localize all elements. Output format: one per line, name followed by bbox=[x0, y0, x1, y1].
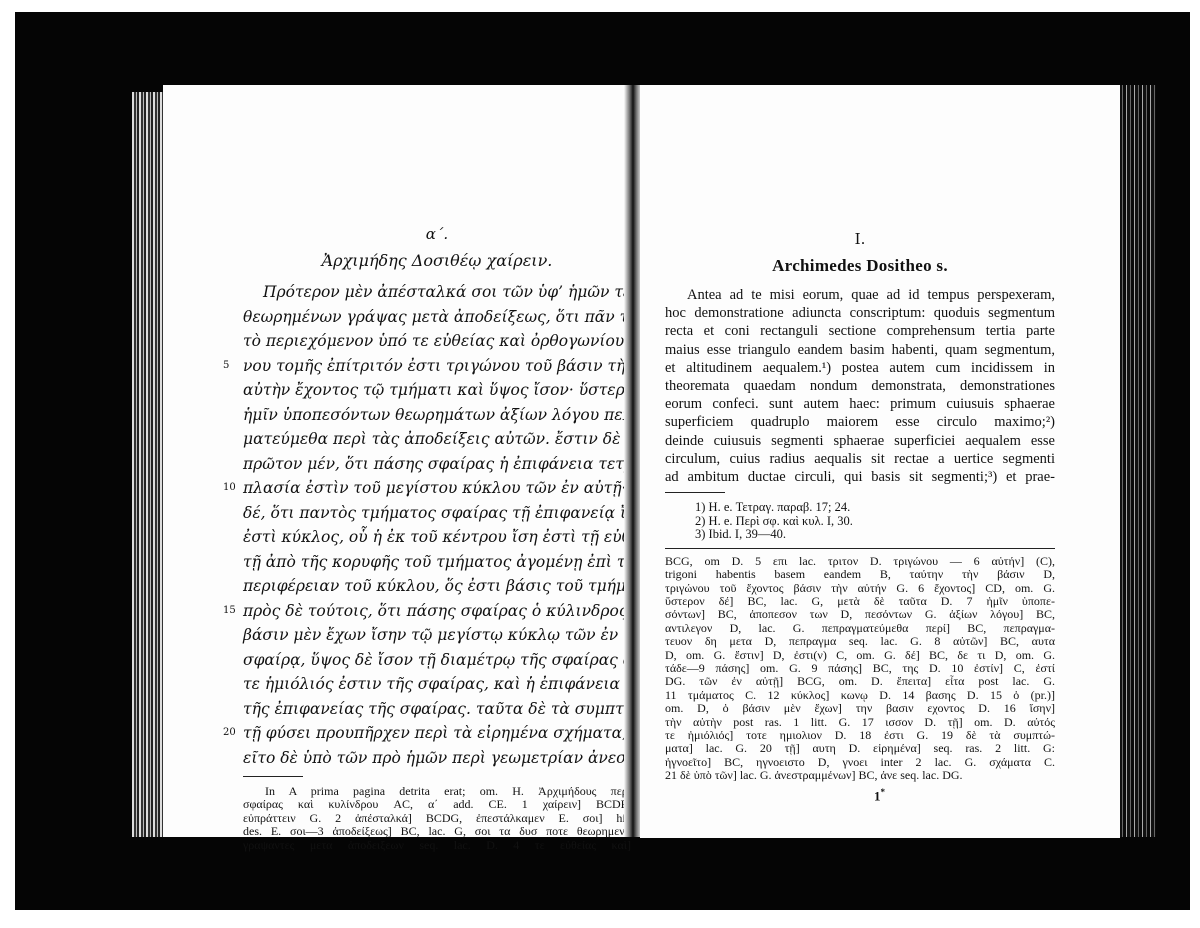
line-text: εῖτο δὲ ὑπὸ τῶν πρὸ ἡμῶν περὶ γεωμετρίαν… bbox=[243, 749, 670, 767]
apparatus-line: ματα] lac. G. 20 τῇ] αυτη D. εἰρημένα] s… bbox=[665, 742, 1055, 755]
apparatus-line: ὕστερον δέ] BC, lac. G, μετὰ δὲ ταῦτα D.… bbox=[665, 595, 1055, 608]
text-line: εῖτο δὲ ὑπὸ τῶν πρὸ ἡμῶν περὶ γεωμετρίαν… bbox=[243, 746, 631, 771]
right-page-edge bbox=[1118, 85, 1156, 837]
apparatus-rule bbox=[665, 548, 1055, 549]
line-text: ἡμῖν ὑποπεσόντων θεωρημάτων ἀξίων λόγου … bbox=[243, 406, 667, 424]
apparatus-line: εὐπράττειν G. 2 ἀπέσταλκά] BCDG, ἐπεστάλ… bbox=[243, 812, 631, 825]
critical-apparatus: In A prima pagina detrita erat; om. H. Ἀ… bbox=[243, 785, 631, 852]
line-text: δέ, ὅτι παντὸς τμήματος σφαίρας τῇ ἐπιφα… bbox=[243, 504, 655, 522]
greek-body: Πρότερον μὲν ἀπέσταλκά σοι τῶν ὑφ’ ἡμῶν … bbox=[243, 280, 631, 770]
apparatus-line: ἠγνοεῖτο] BC, ηγνοειστο D, γνοει inter 2… bbox=[665, 756, 1055, 769]
text-line: eorum confeci. sunt autem haec: primum c… bbox=[665, 395, 1055, 413]
text-line: superficiem quadruplo maiorem esse circu… bbox=[665, 413, 1055, 431]
left-page: α΄. Ἀρχιμήδης Δοσιθέῳ χαίρειν. Πρότερον … bbox=[163, 85, 628, 837]
line-text: βάσιν μὲν ἔχων ἴσην τῷ μεγίστῳ κύκλῳ τῶν… bbox=[243, 626, 641, 644]
apparatus-line: om. D, ὁ βάσιν μὲν ἔχων] την βασιν εχοντ… bbox=[665, 702, 1055, 715]
text-line: τε ἡμιόλιός ἐστιν τῆς σφαίρας, καὶ ἡ ἐπι… bbox=[243, 672, 631, 697]
line-text: Πρότερον μὲν ἀπέσταλκά σοι τῶν ὑφ’ ἡμῶν … bbox=[263, 283, 636, 301]
footnote: 1) H. e. Τετραγ. παραβ. 17; 24. bbox=[695, 501, 1055, 515]
line-text: τῆς ἐπιφανείας τῆς σφαίρας. ταῦτα δὲ τὰ … bbox=[243, 700, 676, 718]
line-text: ματεύμεθα περὶ τὰς ἀποδείξεις αὐτῶν. ἔστ… bbox=[243, 430, 667, 448]
text-line: hoc demonstratione adiuncta conscriptum:… bbox=[665, 304, 1055, 322]
footnotes: 1) H. e. Τετραγ. παραβ. 17; 24.2) H. e. … bbox=[665, 501, 1055, 542]
apparatus-line: trigoni habentis basem eandem B, ταύτην … bbox=[665, 568, 1055, 581]
text-line: δέ, ὅτι παντὸς τμήματος σφαίρας τῇ ἐπιφα… bbox=[243, 501, 631, 526]
line-text: τῇ ἀπὸ τῆς κορυφῆς τοῦ τμήματος ἀγομένῃ … bbox=[243, 553, 644, 571]
text-line: Antea ad te misi eorum, quae ad id tempu… bbox=[665, 286, 1055, 304]
line-text: ἐστὶ κύκλος, οὗ ἡ ἐκ τοῦ κέντρου ἴση ἐστ… bbox=[243, 528, 656, 546]
apparatus-line: τευον δη μετα D, πεπραγμα seq. lac. G. 8… bbox=[665, 635, 1055, 648]
text-line: βάσιν μὲν ἔχων ἴσην τῷ μεγίστῳ κύκλῳ τῶν… bbox=[243, 623, 631, 648]
line-text: πλασία ἐστὶν τοῦ μεγίστου κύκλου τῶν ἐν … bbox=[243, 479, 683, 497]
right-page: I. Archimedes Dositheo s. Antea ad te mi… bbox=[640, 85, 1120, 838]
latin-body: Antea ad te misi eorum, quae ad id tempu… bbox=[665, 286, 1055, 486]
apparatus-line: In A prima pagina detrita erat; om. H. Ἀ… bbox=[243, 785, 631, 798]
apparatus-line: DG. τῶν ἐν αὐτῇ] BCG, om. D. ἔπειτα] εἶτ… bbox=[665, 675, 1055, 688]
text-line: τῆς ἐπιφανείας τῆς σφαίρας. ταῦτα δὲ τὰ … bbox=[243, 697, 631, 722]
line-text: αὐτὴν ἔχοντος τῷ τμήματι καὶ ὕψος ἴσον· … bbox=[243, 381, 666, 399]
latin-text-block: I. Archimedes Dositheo s. Antea ad te mi… bbox=[665, 230, 1055, 804]
text-line: ἡμῖν ὑποπεσόντων θεωρημάτων ἀξίων λόγου … bbox=[243, 403, 631, 428]
text-line: σφαίρᾳ, ὕψος δὲ ἴσον τῇ διαμέτρῳ τῆς σφα… bbox=[243, 648, 631, 673]
line-text: θεωρημένων γράψας μετὰ ἀποδείξεως, ὅτι π… bbox=[243, 308, 668, 326]
apparatus-line: D, om. G. ἔστιν] D, ἐστι(ν) C, om. G. δέ… bbox=[665, 649, 1055, 662]
apparatus-line: 11 τμάματος C. 12 κύκλος] κωνῳ D. 14 βασ… bbox=[665, 689, 1055, 702]
line-number: 5 bbox=[223, 354, 229, 379]
letter-heading: Ἀρχιμήδης Δοσιθέῳ χαίρειν. bbox=[243, 251, 631, 270]
footnote-rule bbox=[243, 776, 303, 777]
apparatus-line: 21 δὲ ὑπὸ τῶν] lac. G. ἀνεστραμμένων] BC… bbox=[665, 769, 1055, 782]
apparatus-line: τε ἡμιόλιός] τοτε ημιολιον D. 18 ἐστι G.… bbox=[665, 729, 1055, 742]
text-line: recta et coni rectanguli sectione compre… bbox=[665, 322, 1055, 340]
text-line: ἐστὶ κύκλος, οὗ ἡ ἐκ τοῦ κέντρου ἴση ἐστ… bbox=[243, 525, 631, 550]
text-line: αὐτὴν ἔχοντος τῷ τμήματι καὶ ὕψος ἴσον· … bbox=[243, 378, 631, 403]
line-text: πρὸς δὲ τούτοις, ὅτι πάσης σφαίρας ὁ κύλ… bbox=[243, 602, 642, 620]
text-line: θεωρημένων γράψας μετὰ ἀποδείξεως, ὅτι π… bbox=[243, 305, 631, 330]
apparatus-line: τὴν αὐτὴν post ras. 1 litt. G. 17 ισσον … bbox=[665, 716, 1055, 729]
text-line: et altitudinem aequalem.¹) postea autem … bbox=[665, 359, 1055, 377]
greek-text-block: α΄. Ἀρχιμήδης Δοσιθέῳ χαίρειν. Πρότερον … bbox=[243, 225, 631, 852]
apparatus-line: γραψαντες μετα ἀποδειξεων seq. lac. D. 4… bbox=[243, 839, 631, 852]
text-line: deinde cuiusuis segmenti sphaerae superf… bbox=[665, 432, 1055, 450]
apparatus-line: αντιλεγον D, lac. G. πεπραγματεύμεθα περ… bbox=[665, 622, 1055, 635]
apparatus-line: τριγώνου τοῦ ἔχοντος βάσιν τὴν αὐτήν G. … bbox=[665, 582, 1055, 595]
text-line: τῇ ἀπὸ τῆς κορυφῆς τοῦ τμήματος ἀγομένῃ … bbox=[243, 550, 631, 575]
text-line: ματεύμεθα περὶ τὰς ἀποδείξεις αὐτῶν. ἔστ… bbox=[243, 427, 631, 452]
letter-heading: Archimedes Dositheo s. bbox=[665, 256, 1055, 276]
text-line: Πρότερον μὲν ἀπέσταλκά σοι τῶν ὑφ’ ἡμῶν … bbox=[243, 280, 631, 305]
line-number: 15 bbox=[223, 599, 236, 624]
apparatus-line: σόντων] BC, ἀποπεσον των D, πεσόντων G. … bbox=[665, 608, 1055, 621]
section-number: I. bbox=[665, 230, 1055, 248]
line-text: τε ἡμιόλιός ἐστιν τῆς σφαίρας, καὶ ἡ ἐπι… bbox=[243, 675, 672, 693]
text-line: circulum, cuius radius aequalis sit rect… bbox=[665, 450, 1055, 468]
line-text: νου τομῆς ἐπίτριτόν ἐστι τριγώνου τοῦ βά… bbox=[243, 357, 635, 375]
text-line: ad ambitum ductae circuli, qui basis sit… bbox=[665, 468, 1055, 486]
line-number: 20 bbox=[223, 721, 236, 746]
section-number: α΄. bbox=[243, 225, 631, 243]
text-line: 15πρὸς δὲ τούτοις, ὅτι πάσης σφαίρας ὁ κ… bbox=[243, 599, 631, 624]
signature-mark: 1* bbox=[665, 787, 1055, 804]
critical-apparatus: BCG, om D. 5 επι lac. τριτον D. τριγώνου… bbox=[665, 555, 1055, 783]
line-text: πρῶτον μέν, ὅτι πάσης σφαίρας ἡ ἐπιφάνει… bbox=[243, 455, 649, 473]
footnote: 2) H. e. Περὶ σφ. καὶ κυλ. I, 30. bbox=[695, 515, 1055, 529]
apparatus-line: τάδε—9 πάσης] om. G. 9 πάσης] BC, της D.… bbox=[665, 662, 1055, 675]
apparatus-line: σφαίρας καὶ κυλίνδρου AC, α΄ add. CE. 1 … bbox=[243, 798, 631, 811]
text-line: περιφέρειαν τοῦ κύκλου, ὅς ἐστι βάσις το… bbox=[243, 574, 631, 599]
line-text: τῇ φύσει προυπῆρχεν περὶ τὰ εἰρημένα σχή… bbox=[243, 724, 675, 742]
left-page-edge bbox=[132, 92, 164, 837]
text-line: 10πλασία ἐστὶν τοῦ μεγίστου κύκλου τῶν ἐ… bbox=[243, 476, 631, 501]
text-line: τὸ περιεχόμενον ὑπό τε εὐθείας καὶ ὀρθογ… bbox=[243, 329, 631, 354]
footnote-rule bbox=[665, 492, 725, 493]
line-text: περιφέρειαν τοῦ κύκλου, ὅς ἐστι βάσις το… bbox=[243, 577, 668, 595]
text-line: theoremata quaedam nondum demonstrata, d… bbox=[665, 377, 1055, 395]
line-text: σφαίρᾳ, ὕψος δὲ ἴσον τῇ διαμέτρῳ τῆς σφα… bbox=[243, 651, 669, 669]
line-text: τὸ περιεχόμενον ὑπό τε εὐθείας καὶ ὀρθογ… bbox=[243, 332, 657, 350]
text-line: 5νου τομῆς ἐπίτριτόν ἐστι τριγώνου τοῦ β… bbox=[243, 354, 631, 379]
text-line: maius esse triangulo eandem basim habent… bbox=[665, 341, 1055, 359]
text-line: 20τῇ φύσει προυπῆρχεν περὶ τὰ εἰρημένα σ… bbox=[243, 721, 631, 746]
footnote: 3) Ibid. I, 39—40. bbox=[695, 528, 1055, 542]
apparatus-line: BCG, om D. 5 επι lac. τριτον D. τριγώνου… bbox=[665, 555, 1055, 568]
text-line: πρῶτον μέν, ὅτι πάσης σφαίρας ἡ ἐπιφάνει… bbox=[243, 452, 631, 477]
line-number: 10 bbox=[223, 476, 236, 501]
apparatus-line: des. E. σοι—3 ἀποδείξεως] BC, lac. G, σο… bbox=[243, 825, 631, 838]
